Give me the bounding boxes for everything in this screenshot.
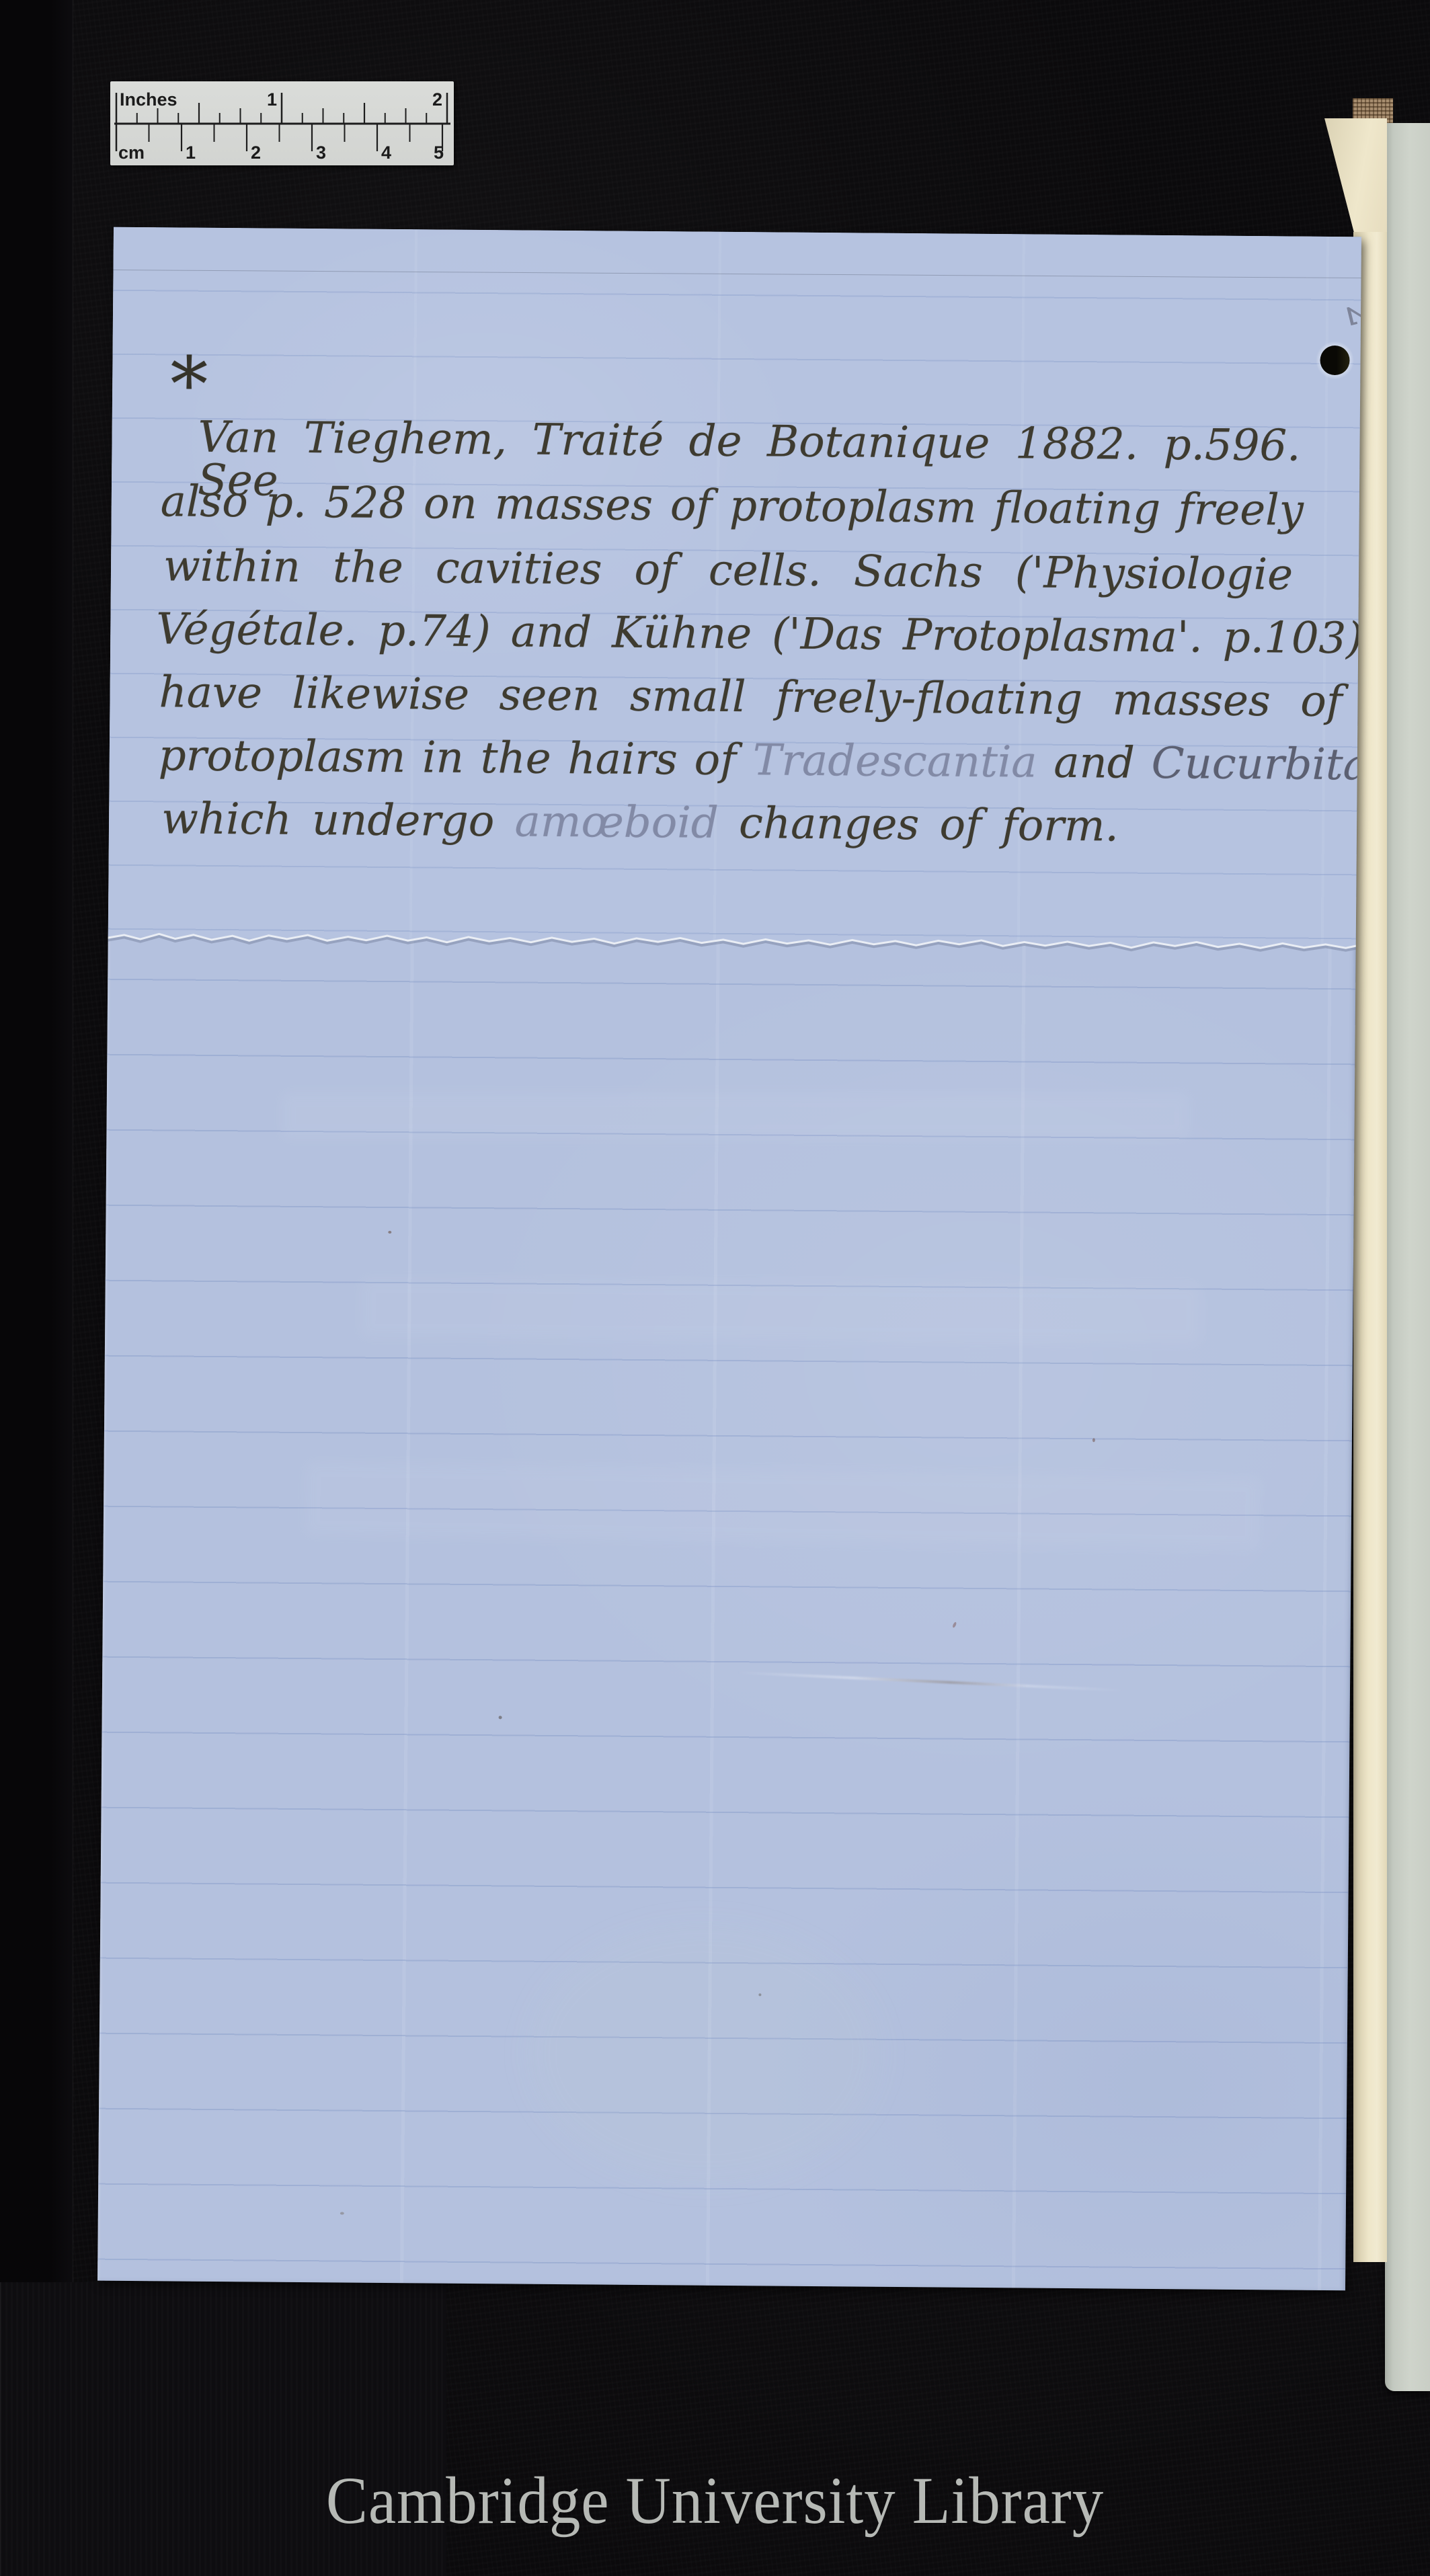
foxing-speck <box>388 1231 391 1234</box>
verso-show-through <box>282 1092 1189 1139</box>
handwritten-line-4: Végétale. p.74) and Kühne ('Das Protopla… <box>156 608 1361 671</box>
ruler-cm-2: 2 <box>251 143 261 163</box>
footnote-asterisk: * <box>170 347 208 422</box>
ink-text: also p. 528 on masses of protoplasm floa… <box>161 477 1304 535</box>
handwritten-line-1: Van Tieghem, Traité de Botanique 1882. p… <box>198 416 1301 479</box>
foxing-speck <box>952 1621 957 1628</box>
handwritten-line-7: which undergo amœboid changes of form. <box>161 797 1119 848</box>
torn-edge <box>106 928 1359 955</box>
pencil-text: amœboid <box>514 797 719 848</box>
ruler-unit-inches: Inches <box>120 89 177 110</box>
ruler-cm-1: 1 <box>186 143 196 163</box>
handwritten-line-2: also p. 528 on masses of protoplasm floa… <box>160 480 1304 542</box>
ink-text: protoplasm in the hairs of <box>159 731 754 785</box>
handwritten-line-6: protoplasm in the hairs of Tradescantia … <box>158 734 1361 797</box>
ruler-inch-2: 2 <box>432 89 442 110</box>
surface-scratch <box>738 1671 1124 1692</box>
ink-text: within the cavities of cells. Sachs ('Ph… <box>163 541 1294 600</box>
paper-crease <box>114 270 1361 278</box>
ruler-inch-1: 1 <box>267 89 277 110</box>
photograph-of-manuscript: * Van Tieghem, Traité de Botanique 1882.… <box>0 0 1430 2576</box>
paper-stain <box>528 1925 880 2183</box>
verso-show-through <box>305 1461 1261 1552</box>
ink-over-pencil-text: Cucurbita <box>1151 739 1361 791</box>
foxing-speck <box>1093 1438 1095 1442</box>
foxing-speck <box>499 1716 502 1719</box>
ruler-cm-4: 4 <box>381 143 391 163</box>
ink-text: and <box>1037 738 1152 789</box>
ink-text: changes of form. <box>718 799 1119 852</box>
scale-bar: Inches cm 1 2 1 2 3 4 5 <box>110 81 454 165</box>
torn-note-slip: * Van Tieghem, Traité de Botanique 1882.… <box>108 227 1361 947</box>
ink-text: Végétale. p.74) and Kühne ('Das Protopla… <box>156 604 1361 663</box>
verso-show-through <box>360 1278 1201 1345</box>
ruler-unit-cm: cm <box>118 143 145 163</box>
library-watermark: Cambridge University Library <box>50 2462 1380 2539</box>
foxing-speck <box>340 2212 344 2214</box>
underlying-grey-page-edge <box>1385 123 1430 2391</box>
ruler-cm-3: 3 <box>316 143 326 163</box>
pencil-text: Tradescantia <box>753 735 1037 787</box>
ruler-cm-5: 5 <box>434 143 444 163</box>
ink-text: have likewise seen small freely-floating… <box>159 668 1343 727</box>
ink-text: which undergo <box>161 794 515 846</box>
foxing-speck <box>758 1993 761 1996</box>
handwritten-line-3: within the cavities of cells. Sachs ('Ph… <box>163 545 1294 607</box>
cream-page-corner <box>1319 118 1387 234</box>
manuscript-page: * Van Tieghem, Traité de Botanique 1882.… <box>97 227 1361 2290</box>
book-cover-spine-band <box>0 0 73 2576</box>
handwritten-line-5: have likewise seen small freely-floating… <box>159 671 1343 734</box>
